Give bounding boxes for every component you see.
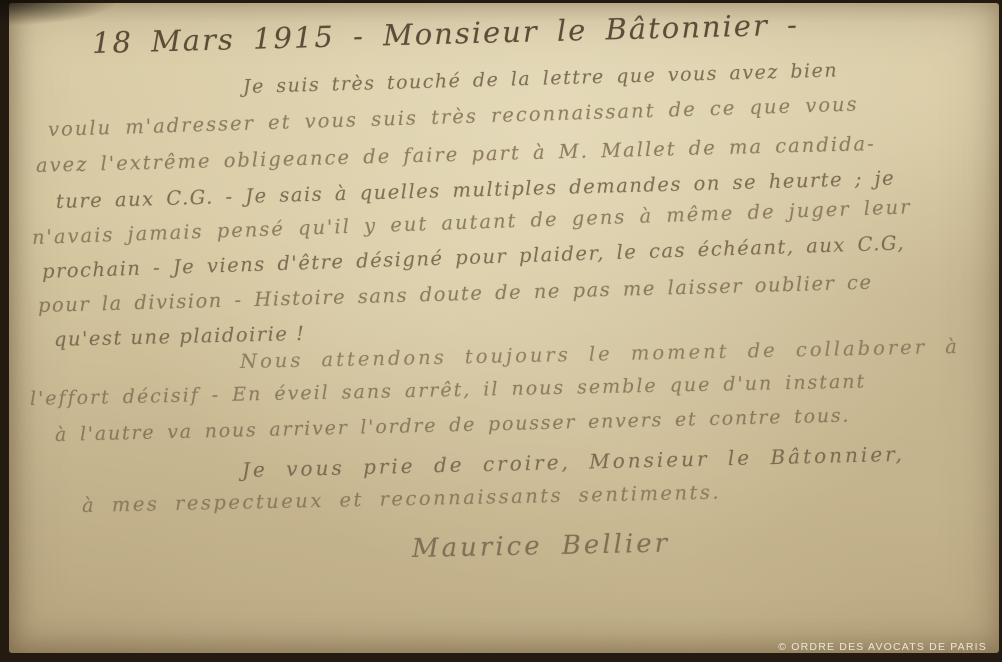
copyright-notice: © ORDRE DES AVOCATS DE PARIS bbox=[778, 641, 987, 653]
signature: Maurice Bellier bbox=[412, 529, 671, 564]
scan-corner-shadow bbox=[0, 0, 120, 26]
postcard-scan: 18 Mars 1915 - Monsieur le Bâtonnier - J… bbox=[0, 0, 1002, 662]
